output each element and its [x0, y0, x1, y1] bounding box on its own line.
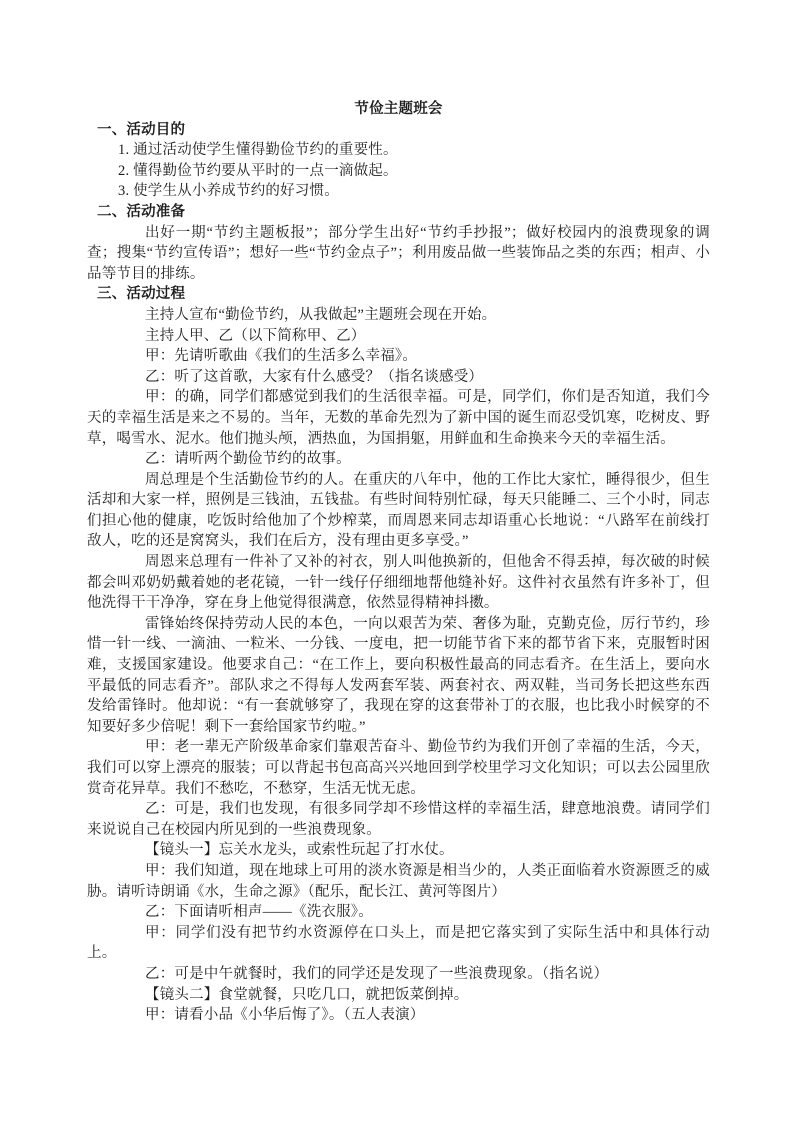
- paragraph: 【镜头二】食堂就餐，只吃几口，就把饭菜倒掉。: [87, 985, 710, 1006]
- paragraph: 乙：请听两个勤俭节约的故事。: [87, 449, 710, 470]
- paragraph: 乙：可是中午就餐时，我们的同学还是发现了一些浪费现象。（指名说）: [87, 964, 710, 985]
- paragraph: 乙：可是，我们也发现，有很多同学却不珍惜这样的幸福生活，肆意地浪费。请同学们来说…: [87, 799, 710, 840]
- section-heading: 一、活动目的: [97, 120, 710, 141]
- document-content: 节俭主题班会 一、活动目的1. 通过活动使学生懂得勤俭节约的重要性。2. 懂得勤…: [87, 99, 710, 1026]
- paragraph: 【镜头一】忘关水龙头，或索性玩起了打水仗。: [87, 840, 710, 861]
- paragraph: 雷锋始终保持劳动人民的本色，一向以艰苦为荣、奢侈为耻，克勤克俭，厉行节约，珍惜一…: [87, 614, 710, 738]
- paragraph: 甲：请看小品《小华后悔了》。（五人表演）: [87, 1005, 710, 1026]
- paragraph: 周恩来总理有一件补了又补的衬衣，别人叫他换新的，但他舍不得丢掉，每次破的时候都会…: [87, 552, 710, 614]
- document-title: 节俭主题班会: [87, 99, 710, 120]
- paragraph: 甲：老一辈无产阶级革命家们靠艰苦奋斗、勤俭节约为我们开创了幸福的生活，今天，我们…: [87, 737, 710, 799]
- list-item: 2. 懂得勤俭节约要从平时的一点一滴做起。: [118, 161, 710, 182]
- document-page: 节俭主题班会 一、活动目的1. 通过活动使学生懂得勤俭节约的重要性。2. 懂得勤…: [0, 0, 793, 1122]
- paragraph: 甲：同学们没有把节约水资源停在口头上，而是把它落实到了实际生活中和具体行动上。: [87, 923, 710, 964]
- section-heading: 二、活动准备: [97, 202, 710, 223]
- paragraph: 周总理是个生活勤俭节约的人。在重庆的八年中，他的工作比大家忙，睡得很少，但生活却…: [87, 470, 710, 552]
- document-body: 一、活动目的1. 通过活动使学生懂得勤俭节约的重要性。2. 懂得勤俭节约要从平时…: [87, 120, 710, 1026]
- list-item: 3. 使学生从小养成节约的好习惯。: [118, 181, 710, 202]
- paragraph: 主持人宣布“勤俭节约，从我做起”主题班会现在开始。: [87, 305, 710, 326]
- paragraph: 乙：听了这首歌，大家有什么感受？（指名谈感受）: [87, 367, 710, 388]
- list-item: 1. 通过活动使学生懂得勤俭节约的重要性。: [118, 140, 710, 161]
- paragraph: 出好一期“节约主题板报”；部分学生出好“节约手抄报”；做好校园内的浪费现象的调查…: [87, 223, 710, 285]
- section-heading: 三、活动过程: [97, 284, 710, 305]
- paragraph: 甲：先请听歌曲《我们的生活多么幸福》。: [87, 346, 710, 367]
- paragraph: 乙：下面请听相声——《洗衣服》。: [87, 902, 710, 923]
- paragraph: 甲：我们知道，现在地球上可用的淡水资源是相当少的，人类正面临着水资源匮乏的威胁。…: [87, 861, 710, 902]
- paragraph: 甲：的确，同学们都感觉到我们的生活很幸福。可是，同学们，你们是否知道，我们今天的…: [87, 387, 710, 449]
- paragraph: 主持人甲、乙（以下简称甲、乙）: [87, 326, 710, 347]
